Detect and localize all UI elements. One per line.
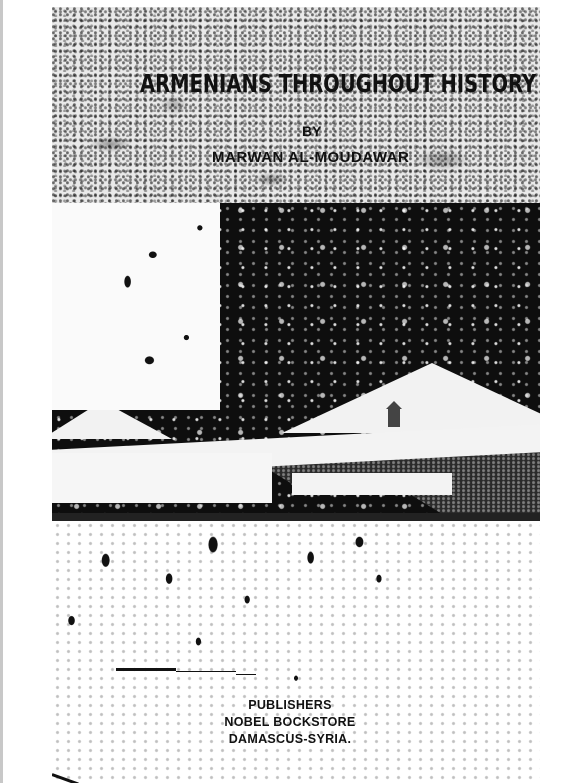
blank-overlay-box [52,203,220,410]
book-title: ARMENIANS THROUGHOUT HISTORY [140,69,452,98]
horizontal-rule [116,668,176,671]
page-edge [0,0,3,783]
mountain-peak [282,363,540,433]
horizontal-rule [176,671,236,672]
cover-photo-mountain [52,203,540,521]
horizontal-rule [236,674,256,675]
publisher-block: PUBLISHERS NOBEL BOCKSTORE DAMASCUS-SYRI… [190,697,390,748]
publisher-name: NOBEL BOCKSTORE [190,714,390,731]
publisher-label: PUBLISHERS [190,697,390,714]
byline: BY [302,123,321,139]
book-cover-scan: ARMENIANS THROUGHOUT HISTORY BY MARWAN A… [52,7,540,783]
church-silhouette [388,409,400,427]
snow-field [52,453,272,503]
snow-field [292,473,452,495]
speckled-title-band [52,7,540,203]
photo-bottom-edge [52,513,540,521]
author-name: MARWAN AL-MOUDAWAR [212,149,409,166]
diagonal-mark [52,773,79,783]
publisher-location: DAMASCUS-SYRIA. [190,731,390,748]
